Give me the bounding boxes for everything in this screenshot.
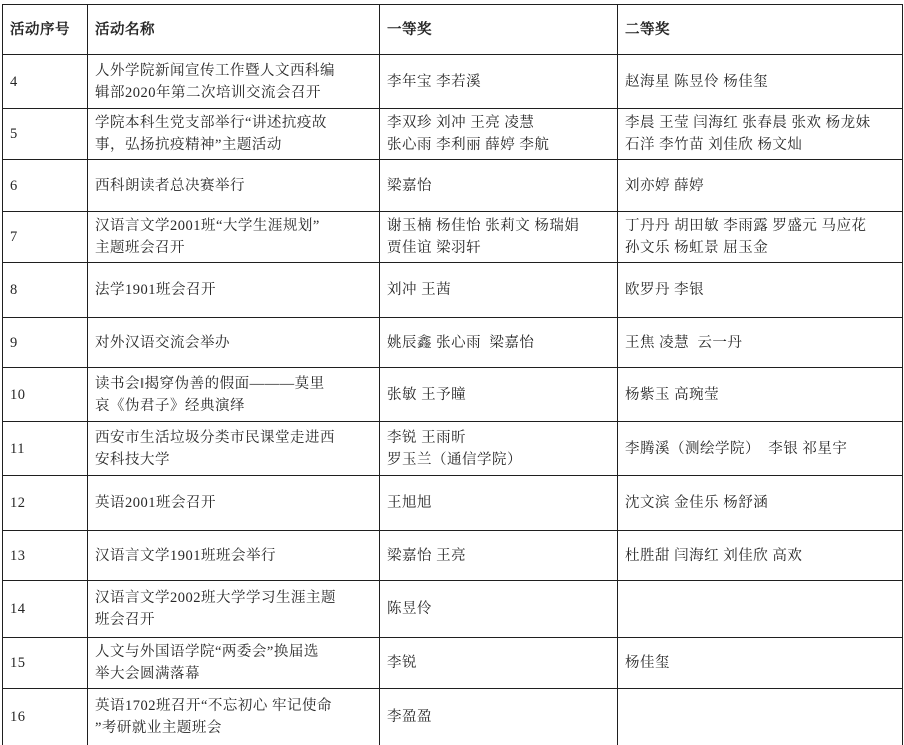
cell-second-prize: 杨佳玺 xyxy=(618,638,903,689)
document-page: 活动序号 活动名称 一等奖 二等奖 4人外学院新闻宣传工作暨人文西科编 辑部20… xyxy=(0,0,904,745)
cell-activity-name: 法学1901班会召开 xyxy=(88,263,380,318)
cell-activity-name: 英语1702班召开“不忘初心 牢记使命 ”考研就业主题班会 xyxy=(88,689,380,745)
cell-activity-no: 15 xyxy=(3,638,88,689)
cell-activity-name: 英语2001班会召开 xyxy=(88,476,380,531)
cell-first-prize: 李锐 xyxy=(380,638,618,689)
table-row: 7汉语言文学2001班“大学生涯规划” 主题班会召开谢玉楠 杨佳怡 张莉文 杨瑞… xyxy=(3,212,903,263)
cell-second-prize xyxy=(618,689,903,745)
table-row: 9对外汉语交流会举办姚辰鑫 张心雨 梁嘉怡王焦 凌慧 云一丹 xyxy=(3,318,903,368)
cell-activity-name: 西安市生活垃圾分类市民课堂走进西 安科技大学 xyxy=(88,422,380,476)
cell-second-prize: 丁丹丹 胡田敏 李雨露 罗盛元 马应花 孙文乐 杨虹景 屈玉金 xyxy=(618,212,903,263)
table-row: 13汉语言文学1901班班会举行梁嘉怡 王亮杜胜甜 闫海红 刘佳欣 高欢 xyxy=(3,531,903,581)
cell-activity-no: 13 xyxy=(3,531,88,581)
cell-activity-name: 汉语言文学2001班“大学生涯规划” 主题班会召开 xyxy=(88,212,380,263)
cell-activity-name: 人文与外国语学院“两委会”换届选 举大会圆满落幕 xyxy=(88,638,380,689)
cell-activity-name: 汉语言文学1901班班会举行 xyxy=(88,531,380,581)
header-second-prize: 二等奖 xyxy=(618,5,903,55)
table-row: 15人文与外国语学院“两委会”换届选 举大会圆满落幕李锐杨佳玺 xyxy=(3,638,903,689)
cell-activity-no: 8 xyxy=(3,263,88,318)
cell-first-prize: 李年宝 李若溪 xyxy=(380,55,618,109)
cell-activity-name: 读书会‖揭穿伪善的假面———莫里 哀《伪君子》经典演绎 xyxy=(88,368,380,422)
cell-first-prize: 谢玉楠 杨佳怡 张莉文 杨瑞娟 贾佳谊 梁羽轩 xyxy=(380,212,618,263)
cell-second-prize: 欧罗丹 李银 xyxy=(618,263,903,318)
cell-first-prize: 王旭旭 xyxy=(380,476,618,531)
cell-second-prize: 李晨 王莹 闫海红 张春晨 张欢 杨龙妹 石洋 李竹苗 刘佳欣 杨文灿 xyxy=(618,109,903,160)
table-row: 10读书会‖揭穿伪善的假面———莫里 哀《伪君子》经典演绎张敏 王予瞳杨紫玉 高… xyxy=(3,368,903,422)
cell-second-prize: 王焦 凌慧 云一丹 xyxy=(618,318,903,368)
cell-second-prize: 李腾溪（测绘学院） 李银 祁星宇 xyxy=(618,422,903,476)
header-first-prize: 一等奖 xyxy=(380,5,618,55)
cell-first-prize: 李双珍 刘冲 王亮 凌慧 张心雨 李利丽 薛婷 李航 xyxy=(380,109,618,160)
cell-second-prize: 赵海星 陈昱伶 杨佳玺 xyxy=(618,55,903,109)
table-row: 6西科朗读者总决赛举行梁嘉怡刘亦婷 薛婷 xyxy=(3,160,903,212)
cell-first-prize: 姚辰鑫 张心雨 梁嘉怡 xyxy=(380,318,618,368)
cell-activity-no: 11 xyxy=(3,422,88,476)
cell-activity-no: 5 xyxy=(3,109,88,160)
cell-activity-name: 人外学院新闻宣传工作暨人文西科编 辑部2020年第二次培训交流会召开 xyxy=(88,55,380,109)
cell-activity-name: 汉语言文学2002班大学学习生涯主题 班会召开 xyxy=(88,581,380,638)
table-row: 4人外学院新闻宣传工作暨人文西科编 辑部2020年第二次培训交流会召开李年宝 李… xyxy=(3,55,903,109)
cell-first-prize: 陈昱伶 xyxy=(380,581,618,638)
cell-activity-no: 7 xyxy=(3,212,88,263)
cell-activity-name: 学院本科生党支部举行“讲述抗疫故 事，弘扬抗疫精神”主题活动 xyxy=(88,109,380,160)
cell-first-prize: 梁嘉怡 王亮 xyxy=(380,531,618,581)
table-row: 16英语1702班召开“不忘初心 牢记使命 ”考研就业主题班会李盈盈 xyxy=(3,689,903,745)
header-activity-name: 活动名称 xyxy=(88,5,380,55)
cell-first-prize: 李锐 王雨昕 罗玉兰（通信学院） xyxy=(380,422,618,476)
cell-second-prize: 杨紫玉 高琬莹 xyxy=(618,368,903,422)
cell-second-prize xyxy=(618,581,903,638)
cell-first-prize: 张敏 王予瞳 xyxy=(380,368,618,422)
cell-second-prize: 沈文滨 金佳乐 杨舒涵 xyxy=(618,476,903,531)
cell-activity-no: 14 xyxy=(3,581,88,638)
cell-first-prize: 梁嘉怡 xyxy=(380,160,618,212)
table-row: 11西安市生活垃圾分类市民课堂走进西 安科技大学李锐 王雨昕 罗玉兰（通信学院）… xyxy=(3,422,903,476)
cell-first-prize: 刘冲 王茜 xyxy=(380,263,618,318)
cell-second-prize: 杜胜甜 闫海红 刘佳欣 高欢 xyxy=(618,531,903,581)
cell-activity-no: 4 xyxy=(3,55,88,109)
table-row: 5学院本科生党支部举行“讲述抗疫故 事，弘扬抗疫精神”主题活动李双珍 刘冲 王亮… xyxy=(3,109,903,160)
cell-second-prize: 刘亦婷 薛婷 xyxy=(618,160,903,212)
table-row: 12英语2001班会召开王旭旭沈文滨 金佳乐 杨舒涵 xyxy=(3,476,903,531)
table-body: 4人外学院新闻宣传工作暨人文西科编 辑部2020年第二次培训交流会召开李年宝 李… xyxy=(3,55,903,745)
cell-activity-no: 10 xyxy=(3,368,88,422)
cell-activity-no: 12 xyxy=(3,476,88,531)
header-row: 活动序号 活动名称 一等奖 二等奖 xyxy=(3,5,903,55)
cell-first-prize: 李盈盈 xyxy=(380,689,618,745)
cell-activity-no: 16 xyxy=(3,689,88,745)
cell-activity-no: 6 xyxy=(3,160,88,212)
cell-activity-name: 西科朗读者总决赛举行 xyxy=(88,160,380,212)
table-row: 14汉语言文学2002班大学学习生涯主题 班会召开陈昱伶 xyxy=(3,581,903,638)
awards-table: 活动序号 活动名称 一等奖 二等奖 4人外学院新闻宣传工作暨人文西科编 辑部20… xyxy=(2,4,903,745)
table-header: 活动序号 活动名称 一等奖 二等奖 xyxy=(3,5,903,55)
header-activity-no: 活动序号 xyxy=(3,5,88,55)
cell-activity-name: 对外汉语交流会举办 xyxy=(88,318,380,368)
table-row: 8法学1901班会召开刘冲 王茜欧罗丹 李银 xyxy=(3,263,903,318)
cell-activity-no: 9 xyxy=(3,318,88,368)
